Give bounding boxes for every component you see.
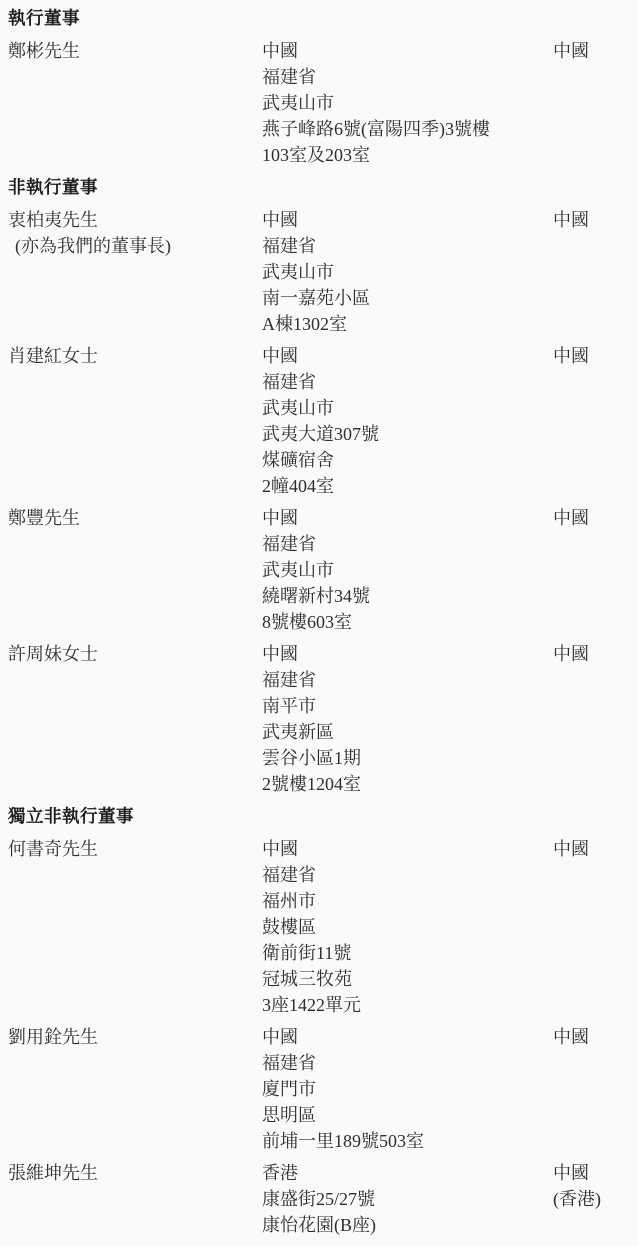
name-column: 張維坤先生: [8, 1160, 262, 1238]
nationality-line: 中國: [553, 641, 638, 667]
name-column: 劉用銓先生: [8, 1024, 262, 1154]
address-column: 香港康盛街25/27號康怡花園(B座): [262, 1160, 553, 1238]
nationality-line: 中國: [553, 343, 638, 369]
address-line: 武夷大道307號: [262, 421, 553, 447]
director-section: 執行董事鄭彬先生中國福建省武夷山市燕子峰路6號(富陽四季)3號樓103室及203…: [8, 5, 638, 168]
address-column: 中國福建省福州市鼓樓區衛前街11號冠城三牧苑3座1422單元: [262, 836, 553, 1018]
nationality-line: 中國: [553, 207, 638, 233]
address-column: 中國福建省廈門市思明區前埔一里189號503室: [262, 1024, 553, 1154]
address-column: 中國福建省武夷山市燕子峰路6號(富陽四季)3號樓103室及203室: [262, 38, 553, 168]
directors-list: 執行董事鄭彬先生中國福建省武夷山市燕子峰路6號(富陽四季)3號樓103室及203…: [8, 5, 638, 1238]
section-header: 獨立非執行董事: [8, 803, 638, 829]
director-entry: 鄭彬先生中國福建省武夷山市燕子峰路6號(富陽四季)3號樓103室及203室中國: [8, 38, 638, 168]
name-column: 肖建紅女士: [8, 343, 262, 499]
address-line: 思明區: [262, 1102, 553, 1128]
director-name-note: (亦為我們的董事長): [8, 233, 262, 259]
address-line: 康盛街25/27號: [262, 1186, 553, 1212]
address-line: 福建省: [262, 64, 553, 90]
director-entry: 鄭豐先生中國福建省武夷山市繞曙新村34號8號樓603室中國: [8, 505, 638, 635]
address-column: 中國福建省武夷山市武夷大道307號煤礦宿舍2幢404室: [262, 343, 553, 499]
address-line: 冠城三牧苑: [262, 966, 553, 992]
nationality-column: 中國(香港): [553, 1160, 638, 1238]
name-column: 許周妹女士: [8, 641, 262, 797]
nationality-line: 中國: [553, 1024, 638, 1050]
address-line: 武夷山市: [262, 259, 553, 285]
address-line: 武夷新區: [262, 719, 553, 745]
address-line: 南一嘉苑小區: [262, 285, 553, 311]
address-line: 衛前街11號: [262, 940, 553, 966]
address-line: 武夷山市: [262, 90, 553, 116]
address-line: 中國: [262, 1024, 553, 1050]
address-line: 煤礦宿舍: [262, 447, 553, 473]
director-name: 衷柏夷先生: [8, 207, 262, 233]
address-line: 武夷山市: [262, 557, 553, 583]
address-line: 福建省: [262, 369, 553, 395]
address-line: 康怡花園(B座): [262, 1212, 553, 1238]
director-name: 許周妹女士: [8, 641, 262, 667]
address-line: 103室及203室: [262, 142, 553, 168]
director-name: 鄭豐先生: [8, 505, 262, 531]
director-name: 肖建紅女士: [8, 343, 262, 369]
director-name: 張維坤先生: [8, 1160, 262, 1186]
director-name: 劉用銓先生: [8, 1024, 262, 1050]
address-line: 8號樓603室: [262, 609, 553, 635]
name-column: 衷柏夷先生(亦為我們的董事長): [8, 207, 262, 337]
address-line: 繞曙新村34號: [262, 583, 553, 609]
address-column: 中國福建省南平市武夷新區雲谷小區1期2號樓1204室: [262, 641, 553, 797]
address-line: 2幢404室: [262, 473, 553, 499]
document-page: 執行董事鄭彬先生中國福建省武夷山市燕子峰路6號(富陽四季)3號樓103室及203…: [0, 0, 638, 1246]
name-column: 何書奇先生: [8, 836, 262, 1018]
nationality-line: 中國: [553, 38, 638, 64]
nationality-line: (香港): [553, 1186, 638, 1212]
address-line: 中國: [262, 207, 553, 233]
address-line: 福建省: [262, 531, 553, 557]
nationality-column: 中國: [553, 207, 638, 337]
address-line: A棟1302室: [262, 311, 553, 337]
director-name: 何書奇先生: [8, 836, 262, 862]
nationality-line: 中國: [553, 505, 638, 531]
address-line: 2號樓1204室: [262, 771, 553, 797]
nationality-line: 中國: [553, 1160, 638, 1186]
address-line: 雲谷小區1期: [262, 745, 553, 771]
address-line: 福建省: [262, 667, 553, 693]
director-entry: 劉用銓先生中國福建省廈門市思明區前埔一里189號503室中國: [8, 1024, 638, 1154]
address-line: 福建省: [262, 862, 553, 888]
address-line: 鼓樓區: [262, 914, 553, 940]
address-line: 香港: [262, 1160, 553, 1186]
address-line: 中國: [262, 505, 553, 531]
director-name: 鄭彬先生: [8, 38, 262, 64]
director-entry: 肖建紅女士中國福建省武夷山市武夷大道307號煤礦宿舍2幢404室中國: [8, 343, 638, 499]
director-entry: 何書奇先生中國福建省福州市鼓樓區衛前街11號冠城三牧苑3座1422單元中國: [8, 836, 638, 1018]
address-line: 前埔一里189號503室: [262, 1128, 553, 1154]
address-line: 中國: [262, 641, 553, 667]
nationality-column: 中國: [553, 1024, 638, 1154]
address-line: 福建省: [262, 233, 553, 259]
address-line: 福州市: [262, 888, 553, 914]
name-column: 鄭豐先生: [8, 505, 262, 635]
address-line: 武夷山市: [262, 395, 553, 421]
address-line: 燕子峰路6號(富陽四季)3號樓: [262, 116, 553, 142]
address-column: 中國福建省武夷山市南一嘉苑小區A棟1302室: [262, 207, 553, 337]
section-header: 執行董事: [8, 5, 638, 31]
address-line: 3座1422單元: [262, 992, 553, 1018]
nationality-column: 中國: [553, 836, 638, 1018]
section-header: 非執行董事: [8, 174, 638, 200]
director-entry: 許周妹女士中國福建省南平市武夷新區雲谷小區1期2號樓1204室中國: [8, 641, 638, 797]
address-line: 福建省: [262, 1050, 553, 1076]
address-column: 中國福建省武夷山市繞曙新村34號8號樓603室: [262, 505, 553, 635]
director-entry: 張維坤先生香港康盛街25/27號康怡花園(B座)中國(香港): [8, 1160, 638, 1238]
nationality-line: 中國: [553, 836, 638, 862]
director-section: 獨立非執行董事何書奇先生中國福建省福州市鼓樓區衛前街11號冠城三牧苑3座1422…: [8, 803, 638, 1238]
address-line: 廈門市: [262, 1076, 553, 1102]
nationality-column: 中國: [553, 641, 638, 797]
address-line: 南平市: [262, 693, 553, 719]
director-entry: 衷柏夷先生(亦為我們的董事長)中國福建省武夷山市南一嘉苑小區A棟1302室中國: [8, 207, 638, 337]
address-line: 中國: [262, 836, 553, 862]
address-line: 中國: [262, 38, 553, 64]
nationality-column: 中國: [553, 38, 638, 168]
director-section: 非執行董事衷柏夷先生(亦為我們的董事長)中國福建省武夷山市南一嘉苑小區A棟130…: [8, 174, 638, 797]
nationality-column: 中國: [553, 343, 638, 499]
address-line: 中國: [262, 343, 553, 369]
nationality-column: 中國: [553, 505, 638, 635]
name-column: 鄭彬先生: [8, 38, 262, 168]
